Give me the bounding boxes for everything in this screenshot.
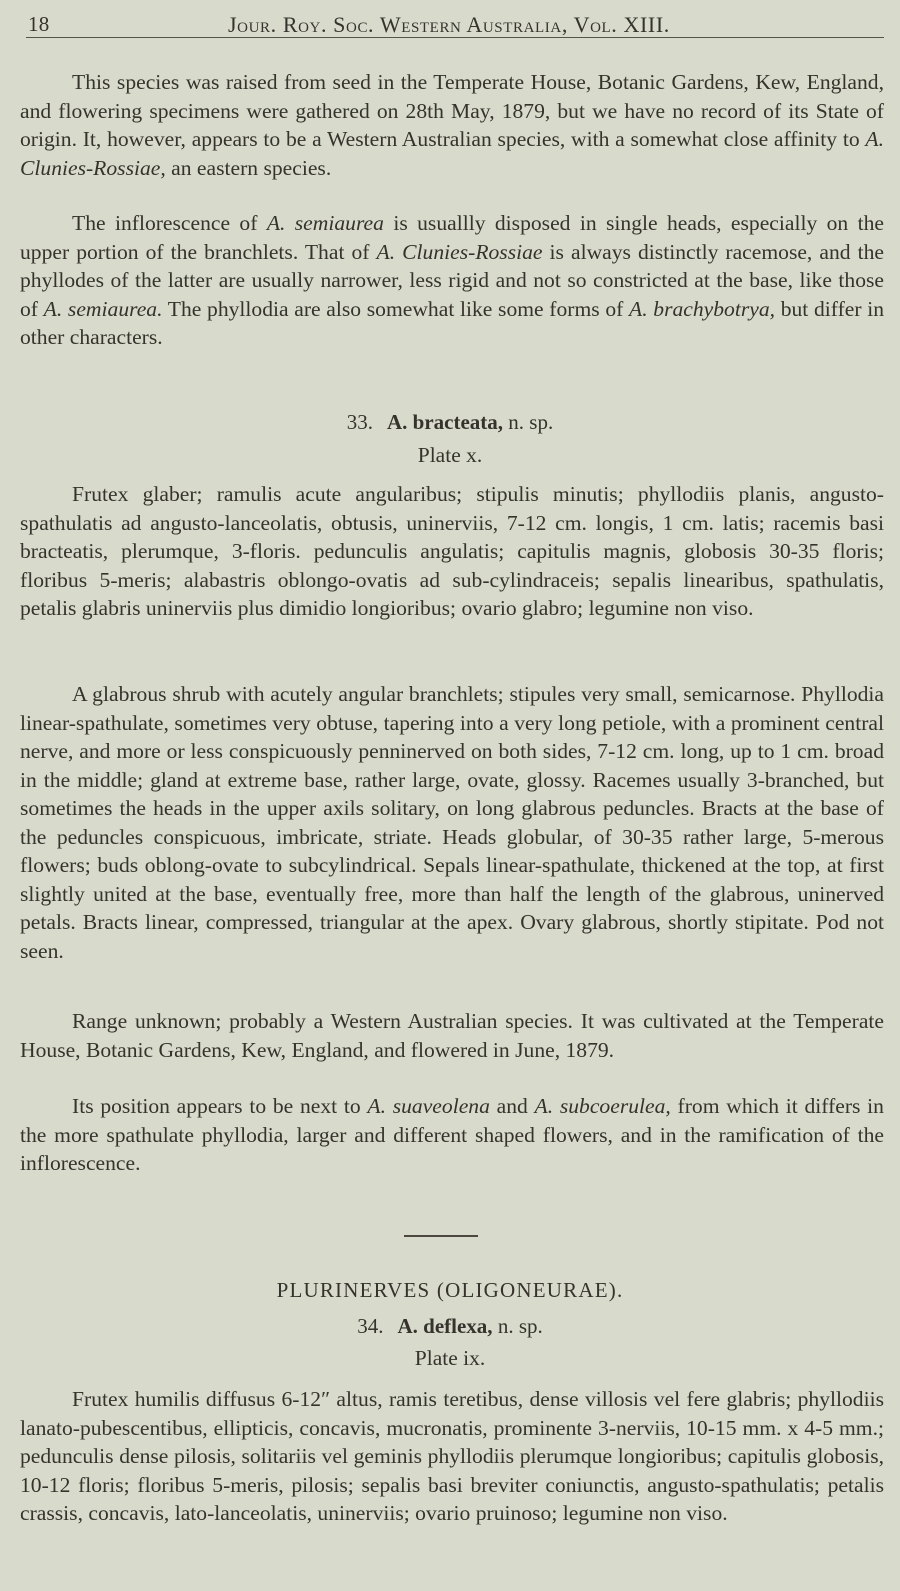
paragraph-origin: This species was raised from seed in the…: [20, 68, 884, 182]
species-name-italic: A. brachybotrya,: [629, 297, 775, 321]
text: The inflorescence of: [72, 211, 267, 235]
page-number: 18: [28, 12, 49, 37]
english-description-33: A glabrous shrub with acutely angular br…: [20, 680, 884, 965]
species-heading-34: 34.A. deflexa, n. sp.: [0, 1314, 900, 1339]
journal-title: Jour. Roy. Soc. Western Australia, Vol. …: [228, 12, 670, 38]
plate-reference-34: Plate ix.: [0, 1346, 900, 1371]
running-head: 18 Jour. Roy. Soc. Western Australia, Vo…: [28, 8, 883, 36]
species-number: 33.: [347, 410, 373, 434]
species-suffix: n. sp.: [493, 1314, 543, 1338]
species-heading-33: 33.A. bracteata, n. sp.: [0, 410, 900, 435]
section-heading: PLURINERVES (OLIGONEURAE).: [0, 1278, 900, 1303]
paragraph-inflorescence: The inflorescence of A. semiaurea is usu…: [20, 209, 884, 352]
text: Its position appears to be next to: [72, 1094, 367, 1118]
species-name-italic: A. semiaurea: [267, 211, 384, 235]
position-paragraph-33: Its position appears to be next to A. su…: [20, 1092, 884, 1178]
header-rule: [26, 37, 884, 39]
species-number: 34.: [357, 1314, 383, 1338]
species-name-italic: A. subcoerulea,: [535, 1094, 671, 1118]
species-name: A. deflexa,: [397, 1314, 492, 1338]
species-name-italic: A. semiaurea.: [44, 297, 163, 321]
text: The phyllodia are also somewhat like som…: [163, 297, 630, 321]
latin-description-34: Frutex humilis diffusus 6-12″ altus, ram…: [20, 1385, 884, 1528]
text: an eastern species.: [166, 156, 331, 180]
section-divider: [404, 1235, 478, 1237]
range-paragraph-33: Range unknown; probably a Western Austra…: [20, 1007, 884, 1064]
plate-reference-33: Plate x.: [0, 443, 900, 468]
text: and: [490, 1094, 535, 1118]
text: This species was raised from seed in the…: [20, 70, 884, 151]
species-name: A. bracteata,: [387, 410, 503, 434]
species-name-italic: A. Clunies-Rossiae: [377, 240, 543, 264]
species-suffix: n. sp.: [503, 410, 553, 434]
document-page: 18 Jour. Roy. Soc. Western Australia, Vo…: [0, 0, 900, 1591]
latin-description-33: Frutex glaber; ramulis acute angularibus…: [20, 480, 884, 623]
species-name-italic: A. suaveolena: [367, 1094, 489, 1118]
